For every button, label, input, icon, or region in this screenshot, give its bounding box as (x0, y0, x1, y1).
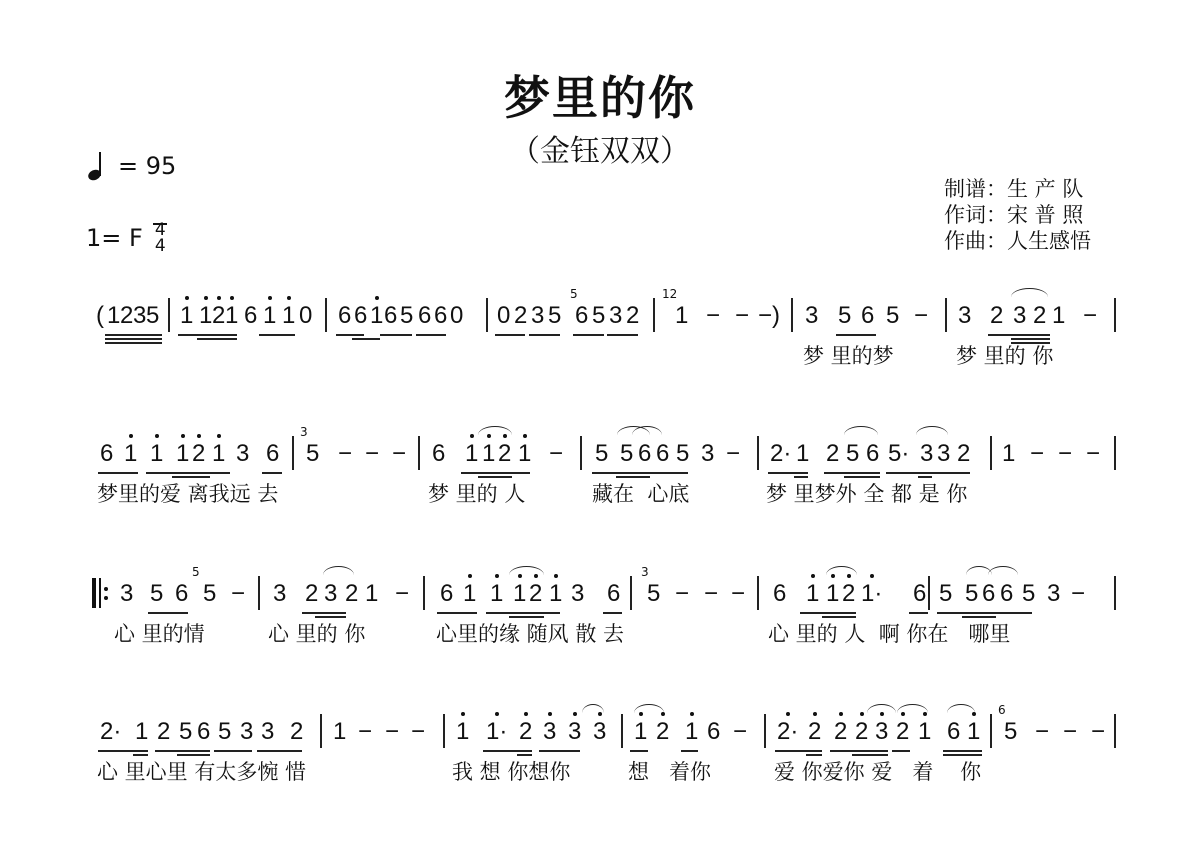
note: − (706, 302, 720, 330)
grace-note: 12 (662, 288, 677, 300)
slur (867, 704, 896, 713)
beam-underline (259, 334, 295, 336)
beam-underline (943, 754, 982, 756)
beam-underline (909, 612, 928, 614)
note: 2 (990, 302, 1003, 330)
slur (509, 566, 544, 575)
note: − (1035, 718, 1049, 746)
note: 1 (124, 440, 137, 468)
slur (1011, 288, 1048, 297)
note: 5 (595, 440, 608, 468)
lyric: 心 里的 人 啊 你在 哪里 (768, 622, 1010, 646)
note: 5 (146, 302, 159, 330)
lyric: 想 着你 (628, 760, 711, 784)
beam-underline (937, 612, 1032, 614)
note: 3 (593, 718, 606, 746)
barline (757, 576, 759, 610)
note: 5 (676, 440, 689, 468)
note: 1 (212, 440, 225, 468)
barline (764, 714, 766, 748)
octave-dot (690, 712, 694, 716)
lyric: 梦 里梦外 全 都 是 你 (766, 482, 967, 506)
note: − (914, 302, 928, 330)
key-value: 1= F (86, 224, 143, 252)
note: 3 (531, 302, 544, 330)
beam-underline (822, 616, 856, 618)
beam-underline (681, 750, 698, 752)
note: 3 (324, 580, 337, 608)
barline (320, 714, 322, 748)
credits: 制谱：生 产 队 作词：宋 普 照 作曲：人生感悟 (944, 176, 1091, 254)
note: 2 (834, 718, 847, 746)
note: 1 (150, 440, 163, 468)
note: − (1030, 440, 1044, 468)
octave-dot (524, 712, 528, 716)
note: 6 (773, 580, 786, 608)
note: 6 (982, 580, 995, 608)
beam-underline (257, 750, 302, 752)
note: 5 (179, 718, 192, 746)
beam-underline (943, 750, 982, 752)
note: − (365, 440, 379, 468)
barline (1114, 576, 1116, 610)
notation-row: (12351121611066165660023565321−−−)3565−3… (0, 302, 1200, 422)
grace-note: 6 (998, 704, 1006, 716)
note: 1 (918, 718, 931, 746)
slur (634, 704, 664, 713)
note: − (385, 718, 399, 746)
notation-row: 611121365−−−61121−556653−2·12565·3321−−−… (0, 440, 1200, 560)
octave-dot (523, 434, 527, 438)
note: 1 (826, 580, 839, 608)
note: 6 (575, 302, 588, 330)
note: − (1058, 440, 1072, 468)
song-subtitle: （金钰双双） (0, 126, 1200, 170)
octave-dot (573, 712, 577, 716)
note: − (392, 440, 406, 468)
beam-underline (830, 750, 888, 752)
barline (621, 714, 623, 748)
beam-underline (616, 476, 650, 478)
note: 3 (1047, 580, 1060, 608)
note: 5 (1022, 580, 1035, 608)
beam-underline (573, 334, 604, 336)
note: ( (96, 302, 104, 330)
note: 6 (418, 302, 431, 330)
note: 3 (609, 302, 622, 330)
note: 0 (497, 302, 510, 330)
note: 1 (176, 440, 189, 468)
beam-underline (768, 472, 808, 474)
note: 5 (838, 302, 851, 330)
note: 6 (338, 302, 351, 330)
notation-row: 3565−32321−611121365−−−61121·6556653−53心… (0, 580, 1200, 700)
note: 6 (638, 440, 651, 468)
beam-underline (437, 612, 477, 614)
note: 6 (354, 302, 367, 330)
note: 5 (592, 302, 605, 330)
barline (443, 714, 445, 748)
beam-underline (824, 472, 880, 474)
note: 3 (920, 440, 933, 468)
beam-underline (630, 750, 648, 752)
octave-dot (204, 296, 208, 300)
lyric: 梦 里的梦 (803, 344, 894, 368)
octave-dot (811, 574, 815, 578)
note: 2· (770, 440, 791, 468)
beam-underline (315, 616, 346, 618)
beam-underline (918, 476, 932, 478)
slur (323, 566, 354, 575)
octave-dot (155, 434, 159, 438)
note: − (231, 580, 245, 608)
beam-underline (592, 472, 688, 474)
note: 5 (1004, 718, 1017, 746)
lyric: 梦 里的 人 (428, 482, 525, 506)
note: 5 (150, 580, 163, 608)
note: 5· (888, 440, 909, 468)
lyric: 梦里的爱 离我远 去 (97, 482, 278, 506)
beam-underline (800, 612, 856, 614)
beam-underline (380, 334, 412, 336)
note: 2 (855, 718, 868, 746)
note: 3 (240, 718, 253, 746)
note: 1 (634, 718, 647, 746)
note: 1 (107, 302, 120, 330)
note: 1 (465, 440, 478, 468)
beam-underline (98, 750, 148, 752)
lyric: 爱 你爱你 爱 着 你 (774, 760, 981, 784)
note: 3 (805, 302, 818, 330)
note: − (395, 580, 409, 608)
octave-dot (870, 574, 874, 578)
time-signature: 4 4 (155, 222, 166, 254)
note: 5 (306, 440, 319, 468)
note: 3 (958, 302, 971, 330)
beam-underline (836, 334, 876, 336)
key-signature: 1= F 4 4 (86, 222, 166, 254)
lyric: 心 里心里 有太多惋 惜 (97, 760, 306, 784)
notation-row: 2·125653321−−−11·23331216−2·222321615−−−… (0, 718, 1200, 838)
note: − (1083, 302, 1097, 330)
beam-underline (197, 338, 237, 340)
lyric: 心里的缘 随风 散 去 (436, 622, 624, 646)
barline (1114, 714, 1116, 748)
tempo-marking: = 95 (88, 152, 176, 180)
beam-underline (148, 612, 188, 614)
note: 5 (548, 302, 561, 330)
octave-dot (468, 574, 472, 578)
beam-underline (545, 612, 560, 614)
beam-underline (603, 612, 622, 614)
note: 2 (656, 718, 669, 746)
barline (630, 576, 632, 610)
grace-note: 5 (570, 288, 578, 300)
beam-underline (105, 338, 162, 340)
note: 5 (400, 302, 413, 330)
octave-dot (217, 296, 221, 300)
beam-underline (105, 342, 162, 344)
note: 2· (777, 718, 798, 746)
note: 5 (939, 580, 952, 608)
barline (945, 298, 947, 332)
barline (580, 436, 582, 470)
note: 1· (861, 580, 882, 608)
note: 1 (549, 580, 562, 608)
note: − (731, 580, 745, 608)
note: 1 (263, 302, 276, 330)
note: 1 (135, 718, 148, 746)
barline (653, 298, 655, 332)
note: 2 (157, 718, 170, 746)
note: 0 (450, 302, 463, 330)
note: − (735, 302, 749, 330)
beam-underline (478, 476, 512, 478)
lyric: 我 想 你想你 (452, 760, 570, 784)
credit-composer: 作曲：人生感悟 (944, 228, 1091, 254)
note: 6 (947, 718, 960, 746)
note: 2 (290, 718, 303, 746)
beam-underline (302, 612, 346, 614)
time-signature-bottom: 4 (155, 238, 166, 254)
beam-underline (529, 334, 560, 336)
beam-underline (806, 754, 822, 756)
note: 6 (100, 440, 113, 468)
beam-underline (352, 338, 380, 340)
barline (292, 436, 294, 470)
note: 1 (482, 440, 495, 468)
beam-underline (178, 334, 237, 336)
note: − (411, 718, 425, 746)
note: 2 (1033, 302, 1046, 330)
note: 1 (806, 580, 819, 608)
grace-note: 5 (192, 566, 200, 578)
note: 1 (685, 718, 698, 746)
note: 6 (866, 440, 879, 468)
note: 3 (236, 440, 249, 468)
barline (757, 436, 759, 470)
beam-underline (892, 750, 910, 752)
note: 1 (225, 302, 238, 330)
slur (826, 566, 857, 575)
note: 1 (1002, 440, 1015, 468)
beam-underline (607, 334, 638, 336)
beam-underline (172, 476, 210, 478)
barline (423, 576, 425, 610)
note: 6 (244, 302, 257, 330)
barline (791, 298, 793, 332)
note: − (1063, 718, 1077, 746)
barline (325, 298, 327, 332)
note: 6 (197, 718, 210, 746)
note: 6 (656, 440, 669, 468)
lyric: 心 里的情 (114, 622, 205, 646)
beam-underline (208, 472, 224, 474)
note: 2 (529, 580, 542, 608)
grace-note: 3 (300, 426, 308, 438)
octave-dot (554, 574, 558, 578)
beam-underline (336, 334, 364, 336)
note: 0 (299, 302, 312, 330)
octave-dot (375, 296, 379, 300)
lyric: 藏在 心底 (592, 482, 689, 506)
note: 1 (365, 580, 378, 608)
note: 6 (440, 580, 453, 608)
barline (418, 436, 420, 470)
beam-underline (105, 334, 162, 336)
beam-underline (155, 750, 210, 752)
slur (844, 426, 878, 435)
note: 2 (514, 302, 527, 330)
note: − (704, 580, 718, 608)
beam-underline (486, 612, 554, 614)
beam-underline (962, 616, 996, 618)
note: 1· (486, 718, 507, 746)
note: 6 (607, 580, 620, 608)
credit-lyricist: 作词：宋 普 照 (944, 202, 1091, 228)
octave-dot (495, 712, 499, 716)
slur (947, 704, 975, 713)
beam-underline (177, 754, 210, 756)
octave-dot (786, 712, 790, 716)
note: 3 (571, 580, 584, 608)
note: 1 (796, 440, 809, 468)
slur (988, 566, 1018, 575)
beam-underline (886, 472, 970, 474)
octave-dot (495, 574, 499, 578)
beam-underline (495, 334, 525, 336)
note: 6 (384, 302, 397, 330)
note: 2 (120, 302, 133, 330)
beam-underline (852, 754, 888, 756)
note: 2 (498, 440, 511, 468)
note: 3 (120, 580, 133, 608)
note: 2 (842, 580, 855, 608)
grace-note: 3 (641, 566, 649, 578)
note: 3 (133, 302, 146, 330)
barline (486, 298, 488, 332)
note: 1 (490, 580, 503, 608)
barline (928, 576, 930, 610)
note: 3 (875, 718, 888, 746)
octave-dot (230, 296, 234, 300)
beam-underline (844, 476, 880, 478)
note: 1 (282, 302, 295, 330)
beam-underline (214, 750, 252, 752)
barline (990, 436, 992, 470)
lyric: 梦 里的 你 (956, 344, 1053, 368)
beam-underline (461, 472, 530, 474)
note: − (1091, 718, 1105, 746)
note: 2 (896, 718, 909, 746)
slur (916, 426, 948, 435)
note: 5 (203, 580, 216, 608)
note: − (733, 718, 747, 746)
note: 1 (370, 302, 383, 330)
note: 6 (913, 580, 926, 608)
beam-underline (1011, 338, 1050, 340)
note: 5 (846, 440, 859, 468)
barline (1114, 436, 1116, 470)
slur (478, 426, 512, 435)
beam-underline (133, 754, 148, 756)
note: 6 (432, 440, 445, 468)
note: 6 (861, 302, 874, 330)
note: 1 (518, 440, 531, 468)
octave-dot (268, 296, 272, 300)
note: 2 (345, 580, 358, 608)
barline (168, 298, 170, 332)
note: −) (758, 302, 780, 330)
slur (632, 426, 662, 435)
note: 2 (192, 440, 205, 468)
beam-underline (262, 472, 282, 474)
note: 5 (218, 718, 231, 746)
barline (990, 714, 992, 748)
quarter-note-icon (88, 152, 102, 180)
note: 5 (886, 302, 899, 330)
lyric: 心 里的 你 (268, 622, 365, 646)
note: 3 (1013, 302, 1026, 330)
octave-dot (470, 434, 474, 438)
note: 5 (647, 580, 660, 608)
note: − (549, 440, 563, 468)
note: 3 (568, 718, 581, 746)
note: 2 (826, 440, 839, 468)
note: 2· (100, 718, 121, 746)
note: − (675, 580, 689, 608)
tempo-value: = 95 (118, 152, 176, 180)
slur (897, 704, 928, 713)
octave-dot (185, 296, 189, 300)
note: 1 (199, 302, 212, 330)
octave-dot (129, 434, 133, 438)
octave-dot (813, 712, 817, 716)
credit-arranger: 制谱：生 产 队 (944, 176, 1091, 202)
note: 1 (463, 580, 476, 608)
note: 6 (434, 302, 447, 330)
slur (582, 704, 604, 713)
octave-dot (217, 434, 221, 438)
octave-dot (197, 434, 201, 438)
note: 6 (1000, 580, 1013, 608)
beam-underline (539, 750, 580, 752)
beam-underline (416, 334, 446, 336)
note: 6 (707, 718, 720, 746)
note: 3 (261, 718, 274, 746)
octave-dot (461, 712, 465, 716)
note: 1 (967, 718, 980, 746)
note: − (1086, 440, 1100, 468)
beam-underline (98, 472, 138, 474)
beam-underline (517, 754, 532, 756)
note: 2 (305, 580, 318, 608)
beam-underline (483, 750, 532, 752)
note: − (338, 440, 352, 468)
note: 1 (456, 718, 469, 746)
note: 2 (957, 440, 970, 468)
beam-underline (988, 334, 1050, 336)
note: 3 (701, 440, 714, 468)
note: 1 (180, 302, 193, 330)
octave-dot (548, 712, 552, 716)
note: 3 (543, 718, 556, 746)
note: 6 (175, 580, 188, 608)
note: 1 (1052, 302, 1065, 330)
note: 1 (513, 580, 526, 608)
barline (1114, 298, 1116, 332)
beam-underline (775, 750, 822, 752)
